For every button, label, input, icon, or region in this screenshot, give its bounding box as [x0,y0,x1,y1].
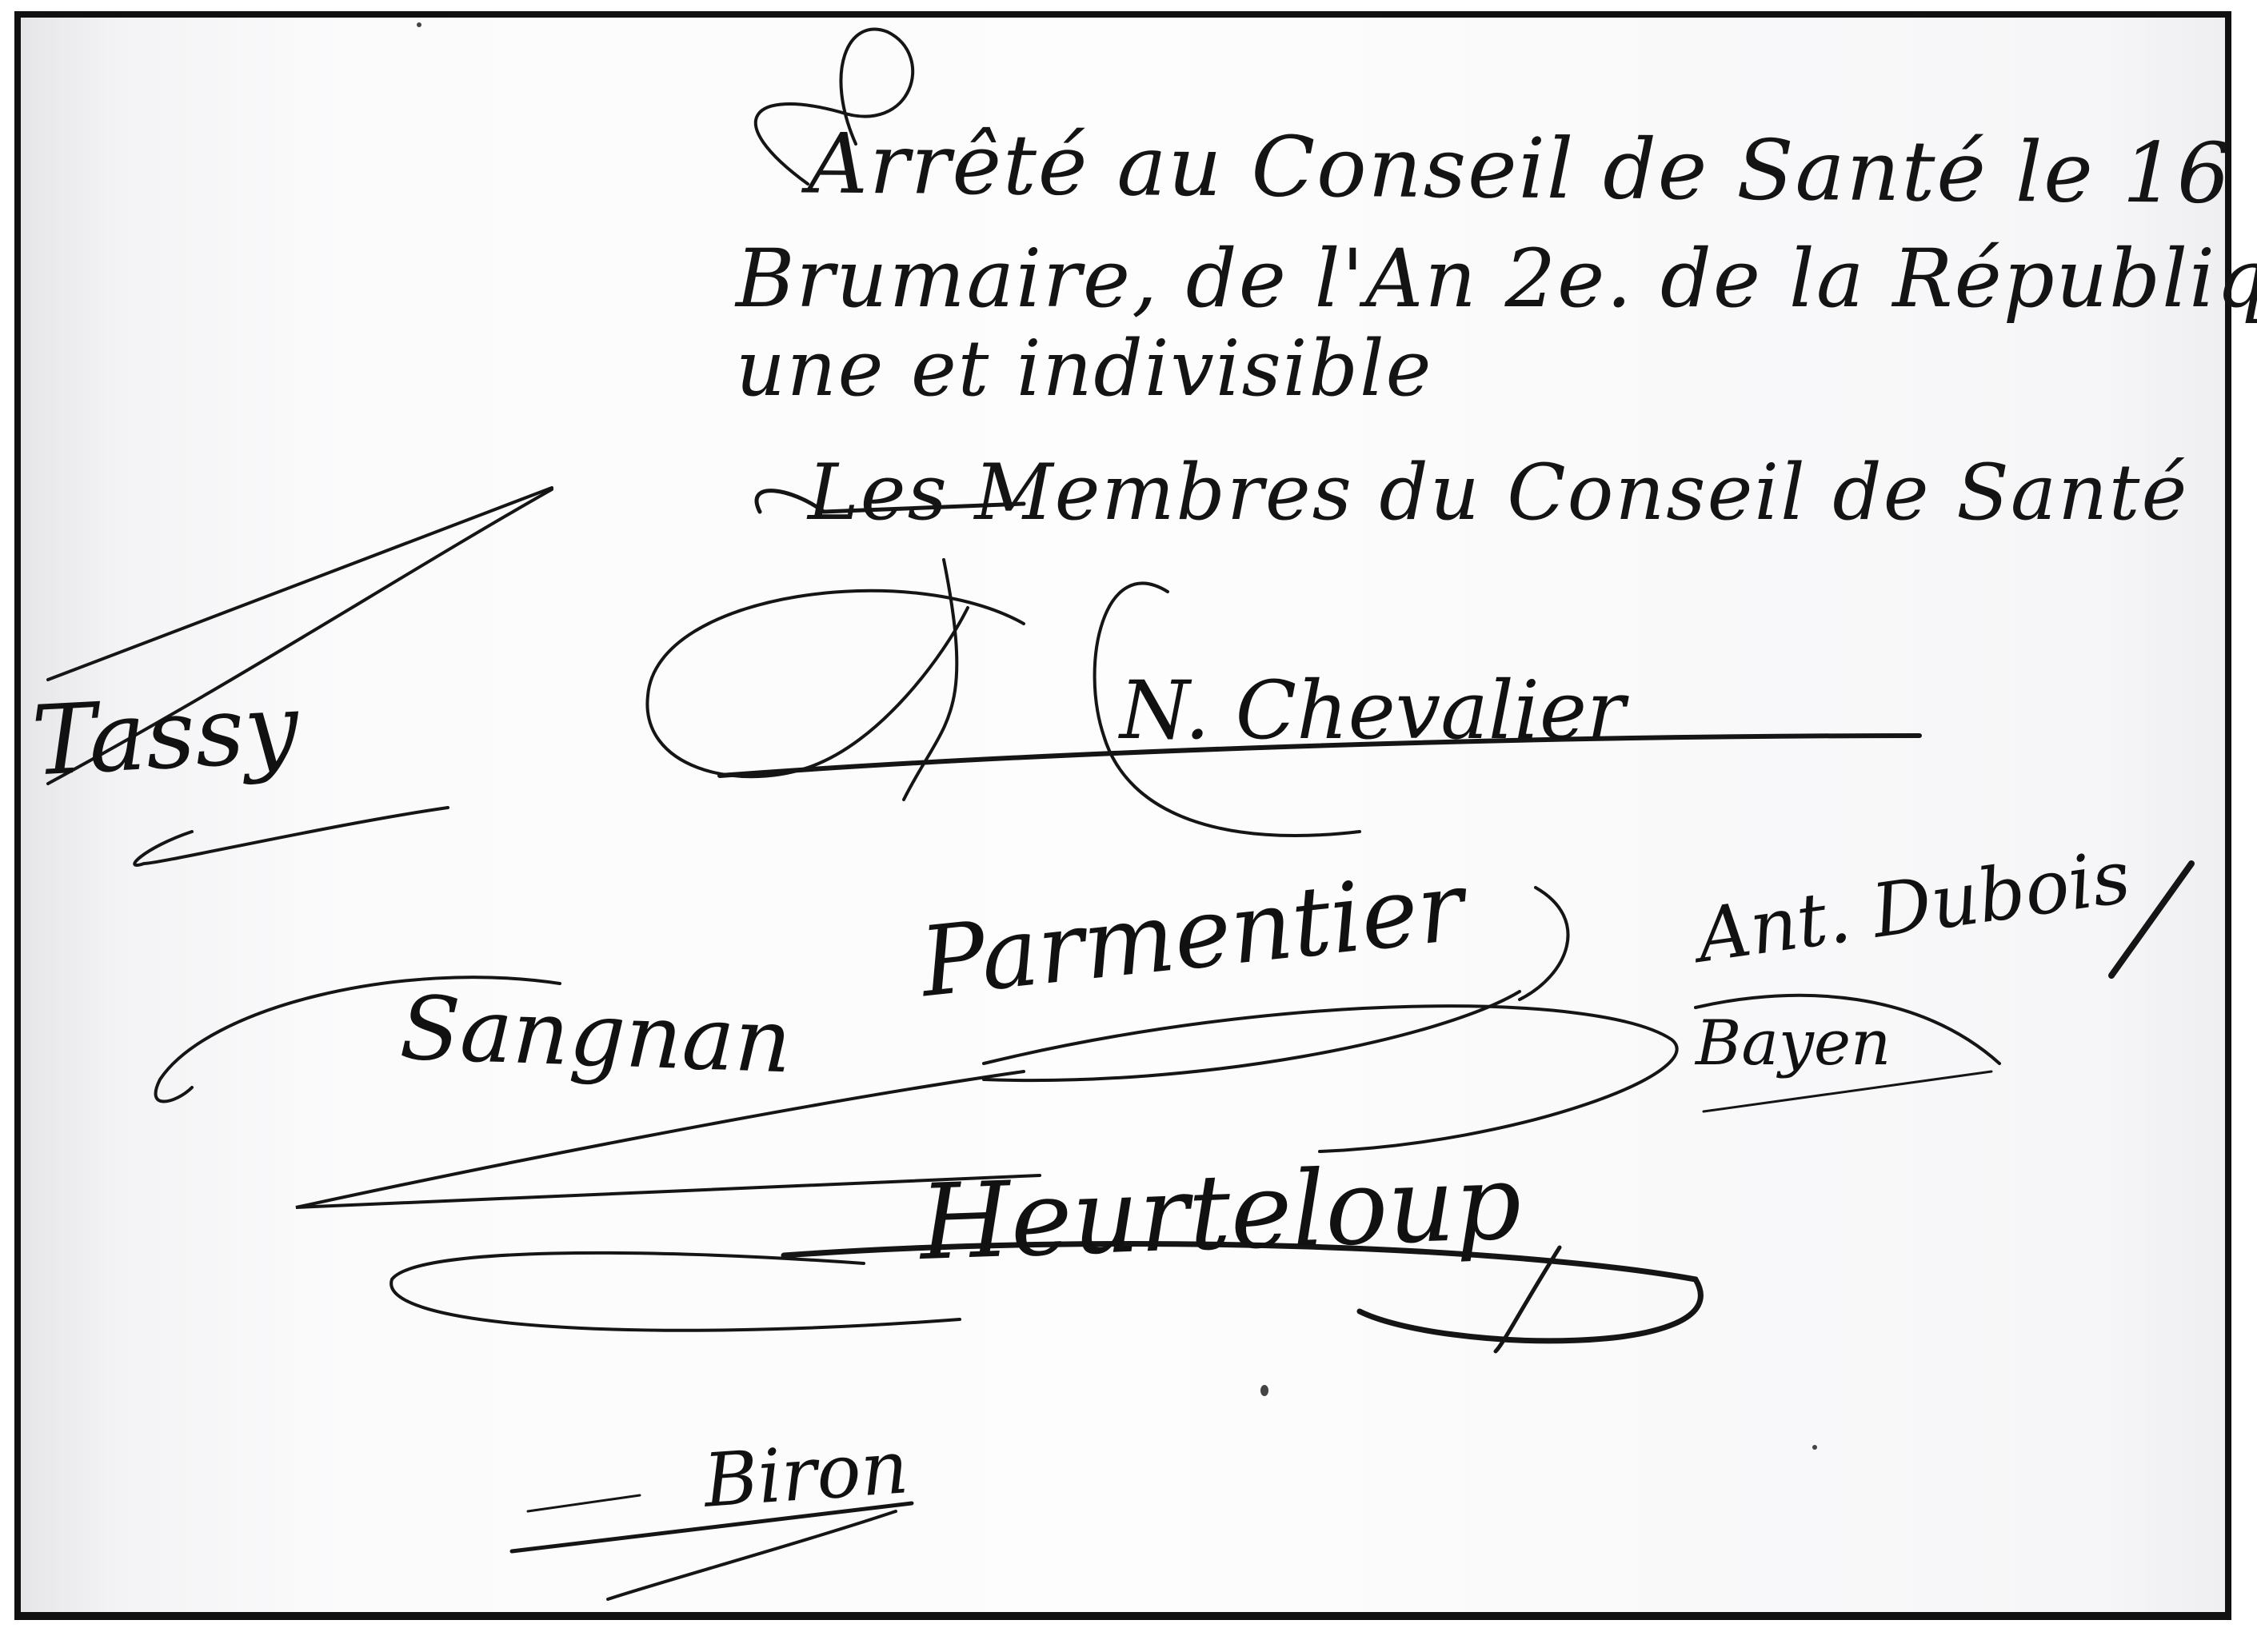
signature-chevalier: N. Chevalier [1120,664,1625,757]
text-line-1: Arrêté au Conseil de Santé le 16 - [808,115,2257,223]
signature-biron: Biron [701,1424,911,1524]
signature-bayen: Bayen [1696,1008,1891,1079]
text-line-4: Les Membres du Conseil de Santé [808,448,2188,537]
signature-tassy: Tassy [30,672,302,797]
text-line-2: Brumaire, de l'An 2e. de la République [736,232,2257,325]
signature-heurteloup: Heurteloup [918,1141,1524,1283]
signature-sangnan: Sangnan [398,976,793,1092]
text-line-3: une et indivisible [736,324,1432,413]
